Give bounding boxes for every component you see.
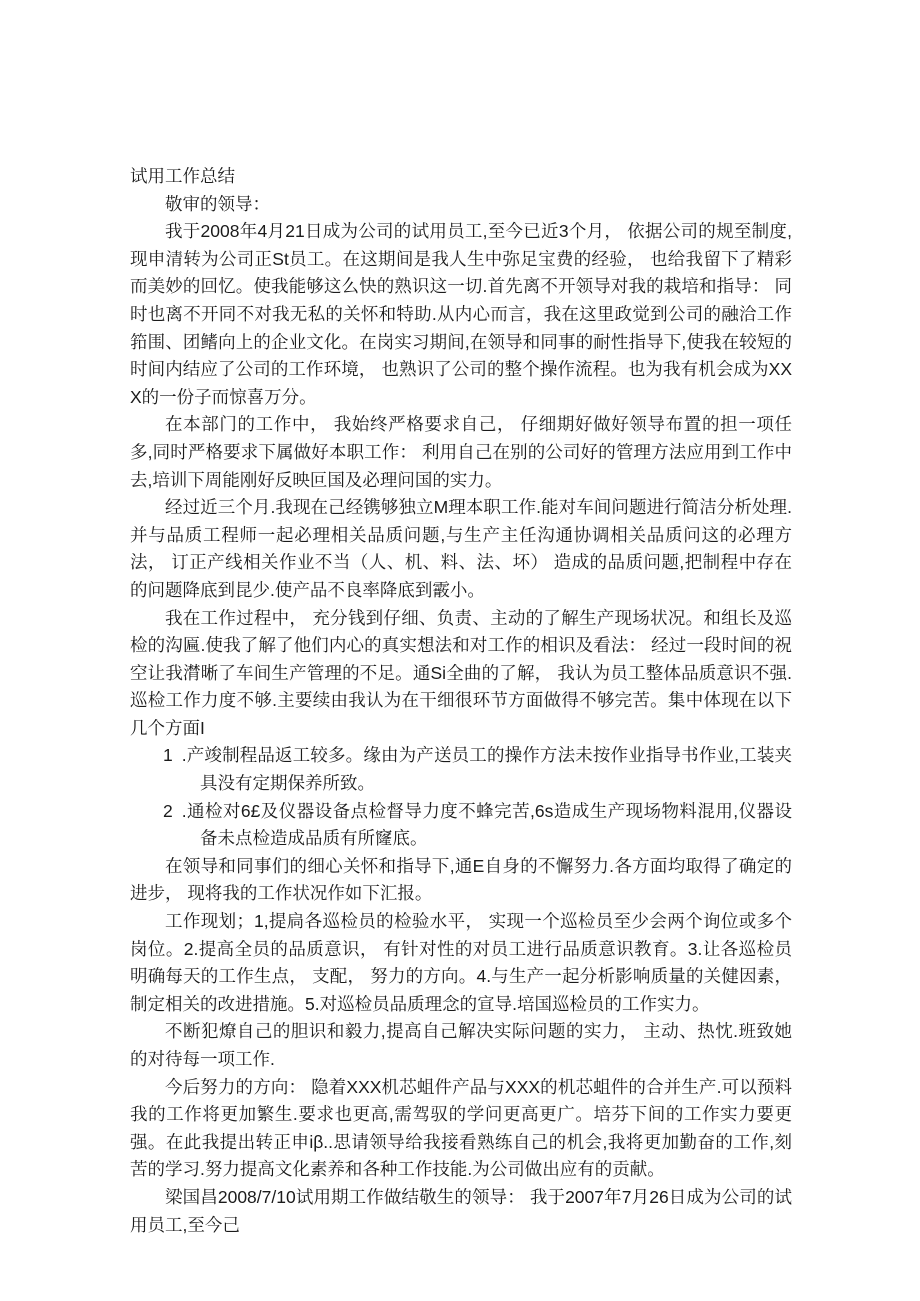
paragraph: 在领导和同事们的细心关怀和指导下,通E自身的不懈努力.各方面均取得了确定的进步，…: [130, 853, 792, 908]
paragraph: 不断犯燎自己的胆识和毅力,提高自己解决实际问题的实力， 主动、热忱.班致她的对待…: [130, 1018, 792, 1073]
paragraph: 经过近三个月.我现在己经镌够独立M理本职工作.能对车间问题进行简洁分析处理.并与…: [130, 494, 792, 604]
paragraph-container: 敬审的领导：我于2008年4月21日成为公司的试用员工,至今已近3个月， 依据公…: [130, 191, 792, 1240]
document-title: 试用工作总结: [130, 163, 792, 191]
list-marker: 2: [163, 801, 173, 821]
paragraph: 在本部门的工作中， 我始终严格要求自己， 仔细期好做好领导布置的担一项任多,同时…: [130, 411, 792, 494]
list-marker: 1: [163, 745, 173, 765]
paragraph: 工作现划；1,提扃各巡检员的检验水平， 实现一个巡检员至少会两个询位或多个岗位。…: [130, 908, 792, 1018]
paragraph: 我于2008年4月21日成为公司的试用员工,至今已近3个月， 依据公司的规至制度…: [130, 218, 792, 411]
list-item-text: .产竣制程品返工较多。缘由为产送员工的操作方法未按作业指导书作业,工装夹具没有定…: [182, 745, 792, 793]
paragraph: 我在工作过程中， 充分钱到仔细、负责、主动的了解生产现场状况。和组长及巡检的沟匾…: [130, 605, 792, 743]
paragraph: 梁国昌2008/7/10试用期工作做结敬生的领导： 我于2007年7月26日成为…: [130, 1184, 792, 1239]
paragraph: 敬审的领导：: [130, 191, 792, 219]
list-item-text: .通检对6£及仪器设备点检督导力度不蜂完苦,6s造成生产现场物料混用,仪器设备未…: [182, 801, 792, 849]
list-item: 2.通检对6£及仪器设备点检督导力度不蜂完苦,6s造成生产现场物料混用,仪器设备…: [130, 798, 792, 853]
paragraph: 今后努力的方向： 隐着XXX机芯蛆件产品与XXX的机芯蛆件的合并生产.可以预料我…: [130, 1074, 792, 1184]
document-content: 试用工作总结 敬审的领导：我于2008年4月21日成为公司的试用员工,至今已近3…: [130, 163, 792, 1239]
list-item: 1.产竣制程品返工较多。缘由为产送员工的操作方法未按作业指导书作业,工装夹具没有…: [130, 742, 792, 797]
document-page: 试用工作总结 敬审的领导：我于2008年4月21日成为公司的试用员工,至今已近3…: [0, 0, 920, 1301]
